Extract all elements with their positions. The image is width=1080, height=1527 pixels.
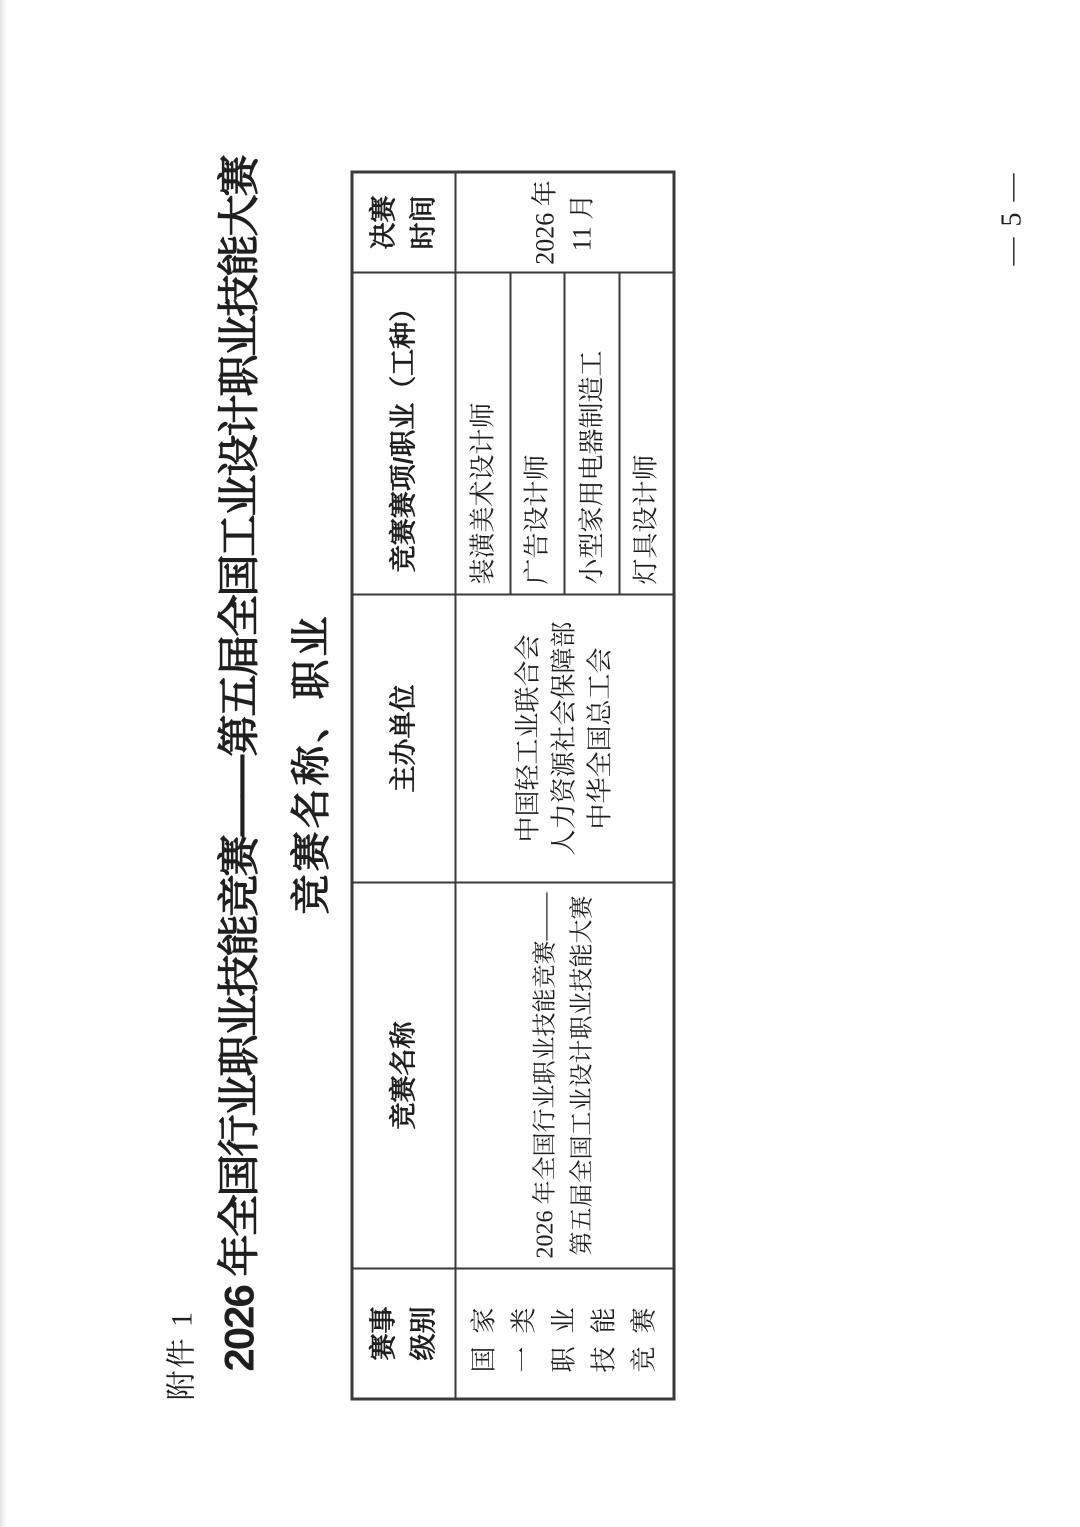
table-header-row: 赛事 级别 竞赛名称 主办单位 竞赛赛项/职业（工种） 决赛 时间 (353, 173, 456, 1397)
cell-events-occupations: 装潢美术设计师 广告设计师 小型家用电器制造工 灯具设计师 (456, 273, 672, 595)
header-cell-final-time: 决赛 时间 (353, 173, 454, 273)
page-number: — 5 — (996, 171, 1028, 265)
organizers-value: 中国轻工业联合会 人力资源社会保障部 中华全国总工会 (510, 621, 618, 855)
cell-organizers: 中国轻工业联合会 人力资源社会保障部 中华全国总工会 (456, 595, 672, 883)
event-level-value: 国家 一类 职业 技能 竞赛 (464, 1294, 664, 1372)
cell-competition-name: 2026 年全国行业职业技能竞赛—— 第五届全国工业设计职业技能大赛 (456, 883, 672, 1269)
header-label-organizers: 主办单位 (384, 684, 423, 792)
header-label-final-time: 决赛 时间 (364, 195, 442, 249)
header-label-competition-name: 竞赛名称 (384, 1021, 423, 1129)
event-item-4: 灯具设计师 (630, 454, 661, 584)
scanned-document-page: { "attachment_label": "附件 1", "title": {… (0, 0, 1080, 1527)
header-cell-events-occupations: 竞赛赛项/职业（工种） (353, 273, 454, 595)
header-cell-organizers: 主办单位 (353, 595, 454, 883)
competition-name-value: 2026 年全国行业职业技能竞赛—— 第五届全国工业设计职业技能大赛 (527, 892, 601, 1258)
attachment-label: 附件 1 (156, 1310, 200, 1401)
final-time-value: 2026 年 11 月 (527, 180, 601, 265)
event-item-row-3: 小型家用电器制造工 (565, 273, 620, 593)
competition-table: 赛事 级别 竞赛名称 主办单位 竞赛赛项/职业（工种） 决赛 时间 国家 一类 … (350, 170, 675, 1400)
event-item-1: 装潢美术设计师 (467, 402, 498, 584)
header-cell-event-level: 赛事 级别 (353, 1269, 454, 1397)
document-title-line1: 2026 年全国行业职业技能竞赛——第五届全国工业设计职业技能大赛 (206, 0, 266, 1527)
event-item-row-2: 广告设计师 (511, 273, 566, 593)
cell-final-time: 2026 年 11 月 (456, 173, 672, 273)
document-title-line2: 竞赛名称、职业 (279, 0, 336, 1527)
rotated-document-sheet: 附件 1 2026 年全国行业职业技能竞赛——第五届全国工业设计职业技能大赛 竞… (0, 0, 1080, 1527)
table-data-row: 国家 一类 职业 技能 竞赛 2026 年全国行业职业技能竞赛—— 第五届全国工… (456, 173, 672, 1397)
event-item-row-4: 灯具设计师 (620, 273, 673, 593)
cell-event-level: 国家 一类 职业 技能 竞赛 (456, 1269, 672, 1397)
event-item-2: 广告设计师 (521, 454, 552, 584)
event-item-3: 小型家用电器制造工 (576, 350, 607, 584)
event-item-row-1: 装潢美术设计师 (456, 273, 511, 593)
header-label-events-occupations: 竞赛赛项/职业（工种） (384, 294, 423, 572)
header-label-event-level: 赛事 级别 (364, 1306, 442, 1360)
header-cell-competition-name: 竞赛名称 (353, 883, 454, 1269)
